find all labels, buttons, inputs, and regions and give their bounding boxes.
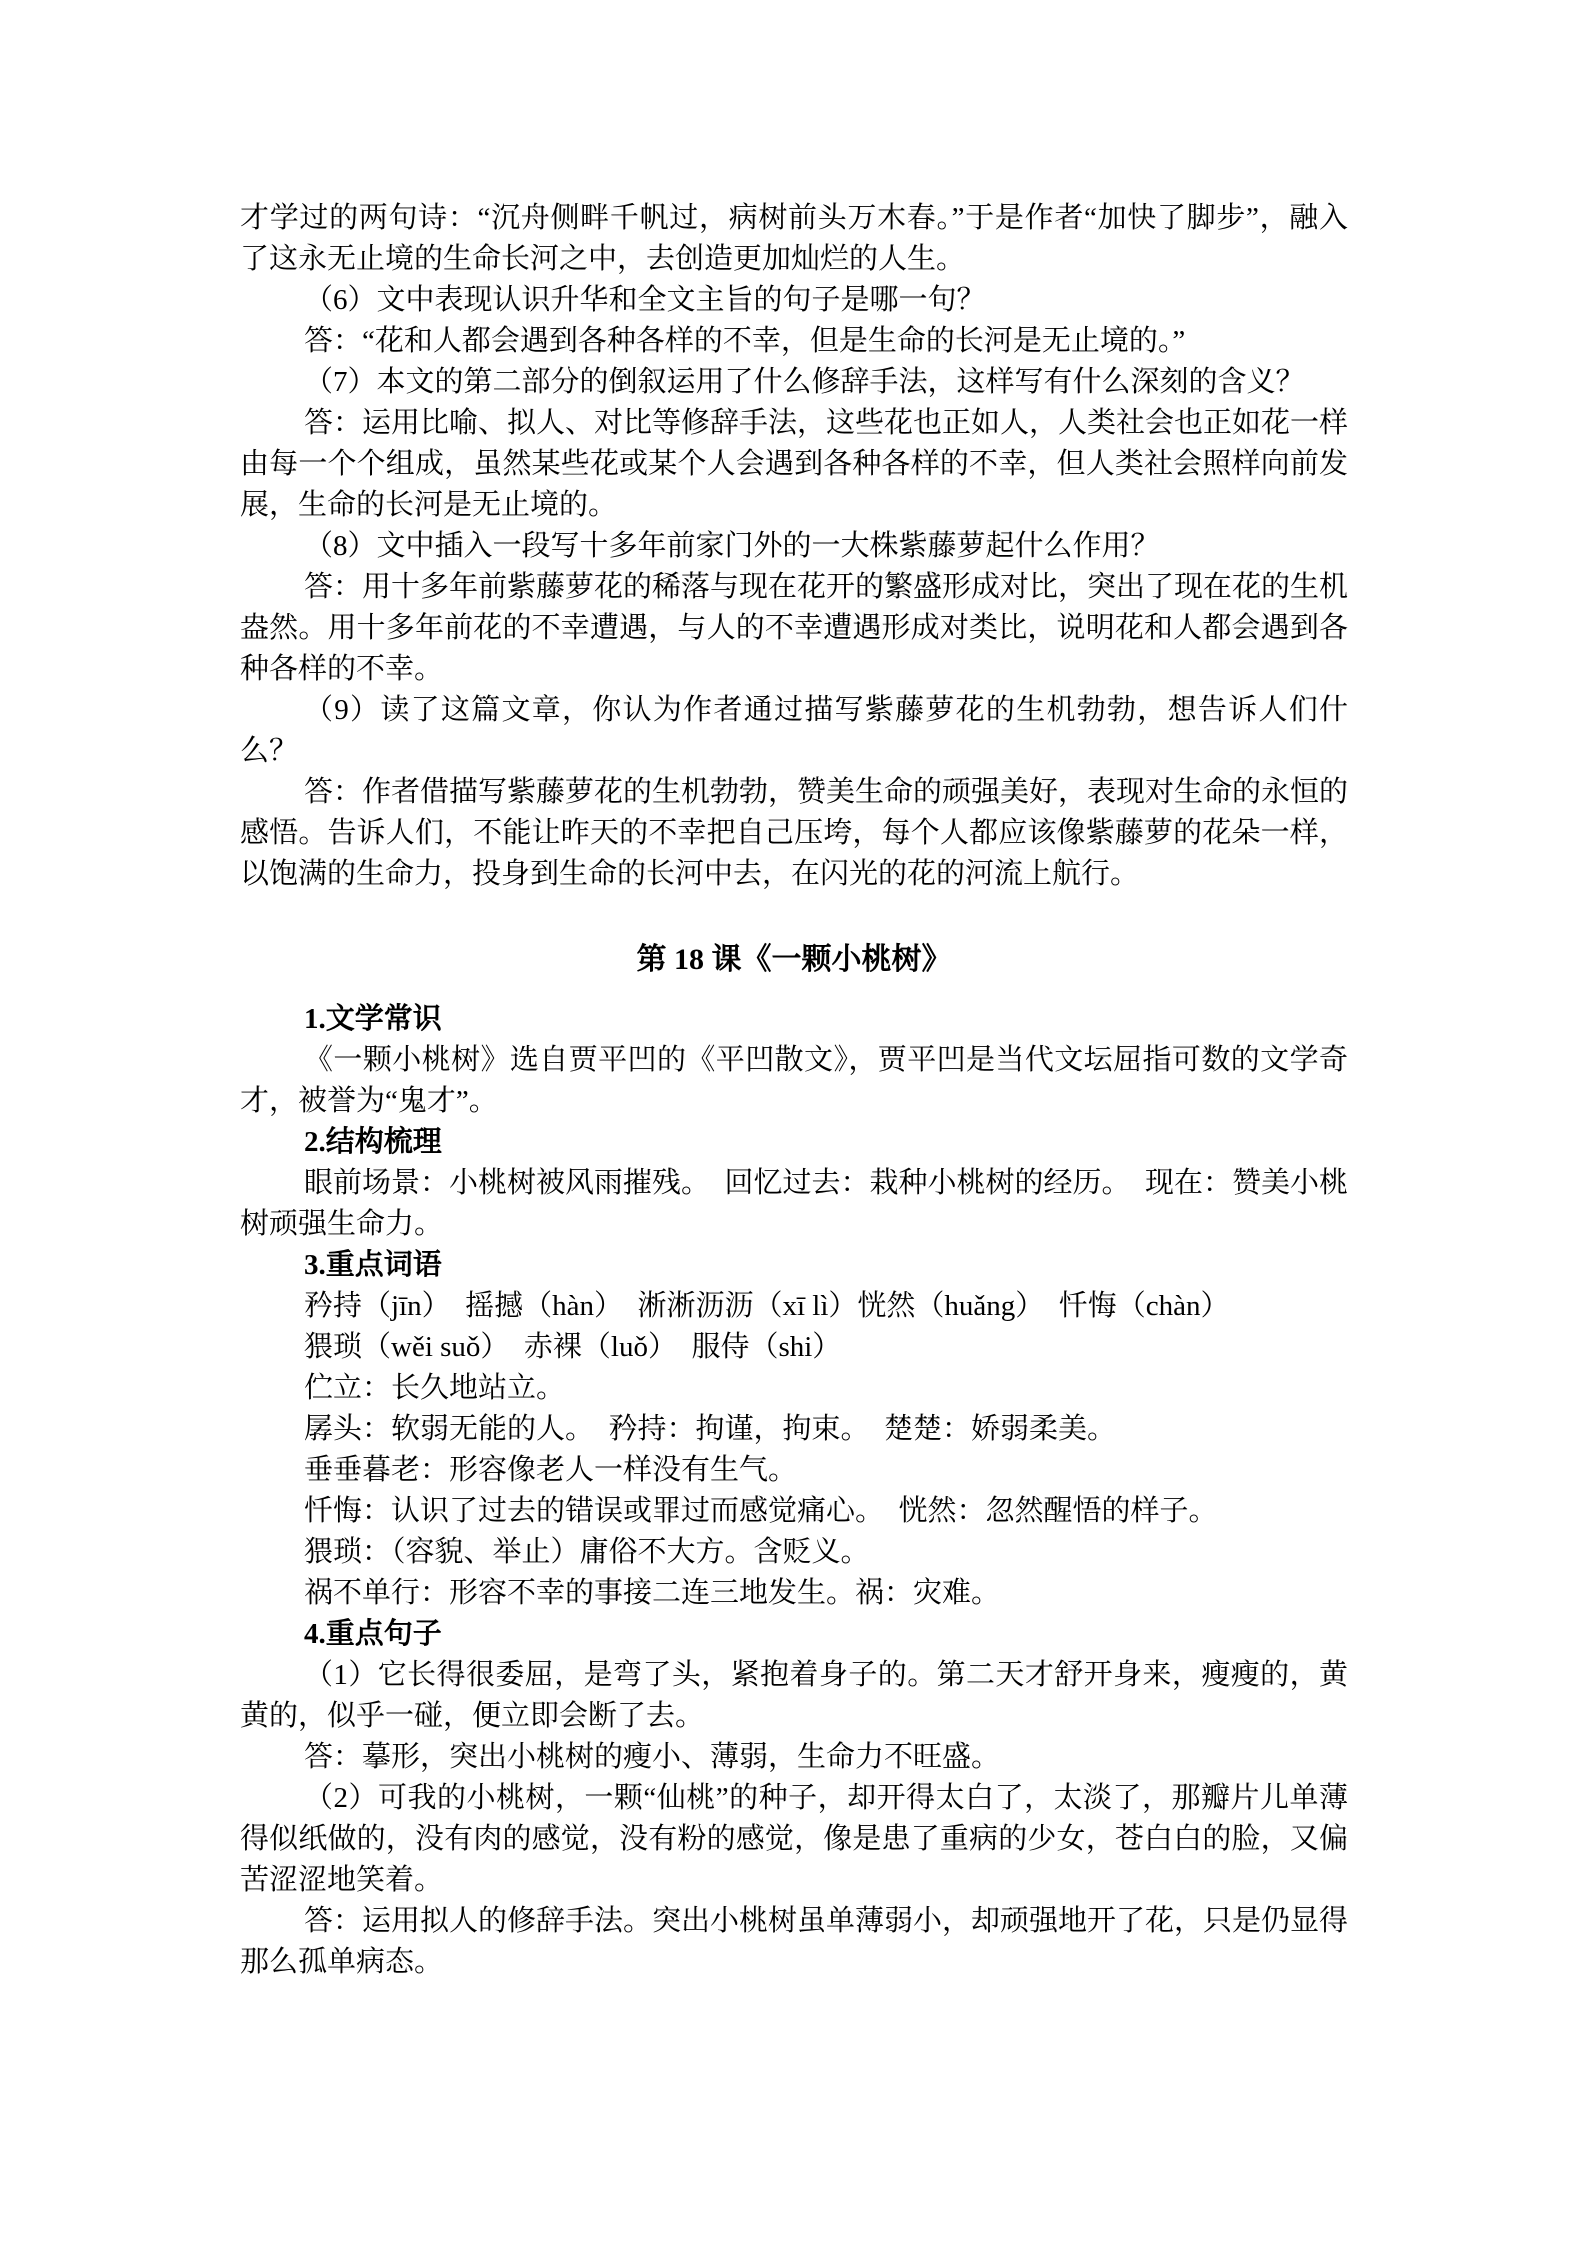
section-title-key-words: 3.重点词语 bbox=[240, 1245, 1348, 1286]
question-7: （7）本文的第二部分的倒叙运用了什么修辞手法，这样写有什么深刻的含义？ bbox=[240, 362, 1348, 403]
para-continuation: 才学过的两句诗：“沉舟侧畔千帆过，病树前头万木春。”于是作者“加快了脚步”，融入… bbox=[240, 198, 1348, 280]
section-title-literary-knowledge: 1.文学常识 bbox=[240, 999, 1348, 1040]
question-8: （8）文中插入一段写十多年前家门外的一大株紫藤萝起什么作用？ bbox=[240, 526, 1348, 567]
answer-6: 答：“花和人都会遇到各种各样的不幸，但是生命的长河是无止境的。” bbox=[240, 321, 1348, 362]
section-title-structure: 2.结构梳理 bbox=[240, 1122, 1348, 1163]
definition-weisuo: 猥琐：（容貌、举止）庸俗不大方。含贬义。 bbox=[240, 1532, 1348, 1573]
definition-huobudanxing: 祸不单行：形容不幸的事接二连三地发生。祸：灾难。 bbox=[240, 1573, 1348, 1614]
definition-chuichuimulao: 垂垂暮老：形容像老人一样没有生气。 bbox=[240, 1450, 1348, 1491]
key-sentence-1: （1）它长得很委屈，是弯了头，紧抱着身子的。第二天才舒开身来，瘦瘦的，黄黄的，似… bbox=[240, 1655, 1348, 1737]
definition-cantou-jinchi-chuchu: 孱头：软弱无能的人。 矜持：拘谨，拘束。 楚楚：娇弱柔美。 bbox=[240, 1409, 1348, 1450]
para-literary-knowledge: 《一颗小桃树》选自贾平凹的《平凹散文》，贾平凹是当代文坛屈指可数的文学奇才，被誉… bbox=[240, 1040, 1348, 1122]
lesson-heading: 第 18 课《一颗小桃树》 bbox=[240, 939, 1348, 980]
para-structure: 眼前场景：小桃树被风雨摧残。 回忆过去：栽种小桃树的经历。 现在：赞美小桃树顽强… bbox=[240, 1163, 1348, 1245]
definition-zhuli: 伫立：长久地站立。 bbox=[240, 1368, 1348, 1409]
key-sentence-2: （2）可我的小桃树，一颗“仙桃”的种子，却开得太白了，太淡了，那瓣片儿单薄得似纸… bbox=[240, 1778, 1348, 1901]
section-title-key-sentences: 4.重点句子 bbox=[240, 1614, 1348, 1655]
document-content: 才学过的两句诗：“沉舟侧畔千帆过，病树前头万木春。”于是作者“加快了脚步”，融入… bbox=[240, 198, 1348, 1983]
question-6: （6）文中表现认识升华和全文主旨的句子是哪一句？ bbox=[240, 280, 1348, 321]
definition-chanhui-huangran: 忏悔：认识了过去的错误或罪过而感觉痛心。 恍然：忽然醒悟的样子。 bbox=[240, 1491, 1348, 1532]
answer-8: 答：用十多年前紫藤萝花的稀落与现在花开的繁盛形成对比，突出了现在花的生机盎然。用… bbox=[240, 567, 1348, 690]
key-sentence-1-answer: 答：摹形，突出小桃树的瘦小、薄弱，生命力不旺盛。 bbox=[240, 1737, 1348, 1778]
vocab-pinyin-line-2: 猥琐（wěi suǒ） 赤裸（luǒ） 服侍（shi） bbox=[240, 1327, 1348, 1368]
question-9: （9）读了这篇文章，你认为作者通过描写紫藤萝花的生机勃勃，想告诉人们什么？ bbox=[240, 690, 1348, 772]
key-sentence-2-answer: 答：运用拟人的修辞手法。突出小桃树虽单薄弱小，却顽强地开了花，只是仍显得那么孤单… bbox=[240, 1901, 1348, 1983]
vocab-pinyin-line-1: 矜持（jīn） 摇撼（hàn） 淅淅沥沥（xī lì）恍然（huǎng） 忏悔（… bbox=[240, 1286, 1348, 1327]
answer-7: 答：运用比喻、拟人、对比等修辞手法，这些花也正如人，人类社会也正如花一样由每一个… bbox=[240, 403, 1348, 526]
document-page: 才学过的两句诗：“沉舟侧畔千帆过，病树前头万木春。”于是作者“加快了脚步”，融入… bbox=[0, 0, 1587, 2245]
answer-9: 答：作者借描写紫藤萝花的生机勃勃，赞美生命的顽强美好，表现对生命的永恒的感悟。告… bbox=[240, 772, 1348, 895]
